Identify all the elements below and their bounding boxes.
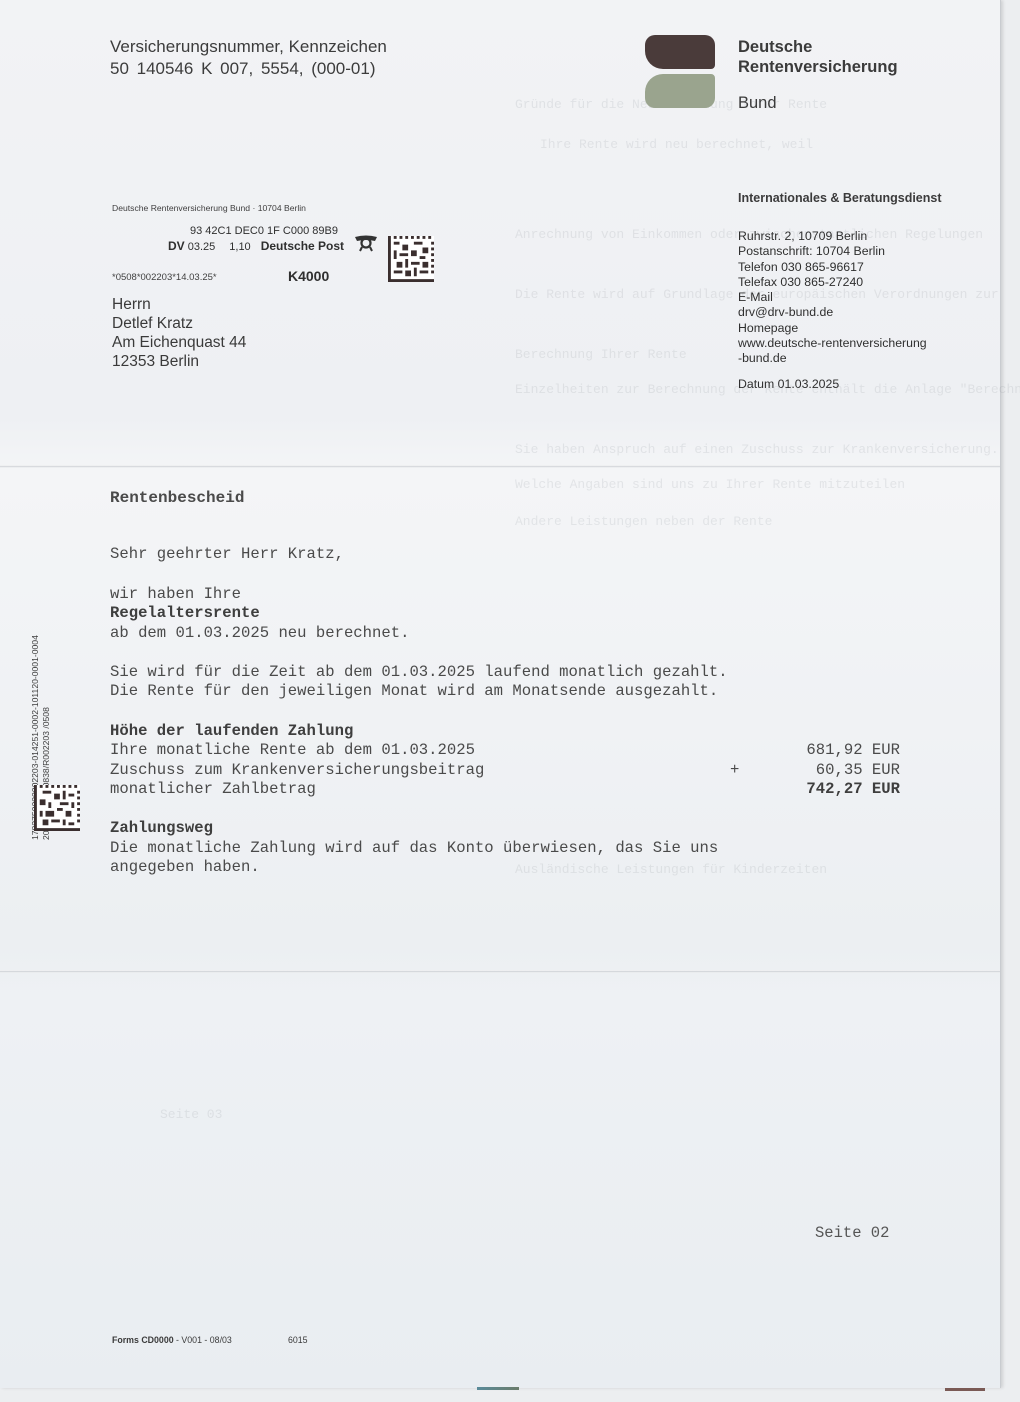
form-code: 6015 (288, 1335, 308, 1345)
recipient-salutation: Herrn (112, 295, 246, 314)
payment-method-text: angegeben haben. (110, 858, 910, 877)
homepage-label: Homepage (738, 321, 927, 336)
franking-line: DV 03.251,10Deutsche Post (168, 239, 344, 253)
greeting: Sehr geehrter Herr Kratz, (110, 545, 910, 564)
sender-line: Deutsche Rentenversicherung Bund · 10704… (112, 203, 306, 213)
paper-fold (0, 970, 1000, 973)
paper-fold (0, 465, 1000, 468)
show-through-text: Seite 03 (160, 1105, 222, 1124)
payment-label: monatlicher Zahlbetrag (110, 780, 730, 799)
datamatrix-code-icon (34, 785, 80, 831)
organization-name: Deutsche Rentenversicherung (738, 37, 898, 77)
payment-total: 742,27 EUR (750, 780, 900, 799)
payment-label: Zuschuss zum Krankenversicherungsbeitrag (110, 761, 730, 780)
payment-label: Ihre monatliche Rente ab dem 01.03.2025 (110, 741, 730, 760)
postal-address: Postanschrift: 10704 Berlin (738, 244, 927, 259)
letter-body: Rentenbescheid Sehr geehrter Herr Kratz,… (110, 489, 910, 878)
print-mark (945, 1388, 985, 1391)
fax: Telefax 030 865-27240 (738, 275, 927, 290)
form-identifier: Forms CD0000 - V001 - 08/03 (112, 1335, 232, 1345)
recipient-address: Herrn Detlef Kratz Am Eichenquast 44 123… (112, 295, 246, 371)
payment-amount-heading: Höhe der laufenden Zahlung (110, 722, 910, 741)
page-number: Seite 02 (815, 1224, 889, 1242)
homepage-link[interactable]: www.deutsche-rentenversicherung -bund.de (738, 336, 927, 367)
payment-method-text: Die monatliche Zahlung wird auf das Kont… (110, 839, 910, 858)
insurance-number: 50 140546 K 007, 5554, (000-01) (110, 58, 375, 79)
email-link[interactable]: drv@drv-bund.de (738, 305, 927, 320)
payment-method-heading: Zahlungsweg (110, 819, 910, 838)
drv-logo-icon (645, 35, 717, 109)
payment-amount: 681,92 EUR (750, 741, 900, 760)
payment-row: Zuschuss zum Krankenversicherungsbeitrag… (110, 761, 910, 780)
payment-total-row: monatlicher Zahlbetrag 742,27 EUR (110, 780, 910, 799)
organization-branch: Bund (738, 94, 777, 113)
payment-row: Ihre monatliche Rente ab dem 01.03.2025 … (110, 741, 910, 760)
franking-code: 93 42C1 DEC0 1F C000 89B9 (190, 225, 338, 237)
route-code: K4000 (288, 268, 329, 284)
intro-end: ab dem 01.03.2025 neu berechnet. (110, 624, 910, 643)
show-through-text: Ihre Rente wird neu berechnet, weil (540, 135, 813, 154)
plus-sign: + (730, 761, 750, 780)
pension-type: Regelaltersrente (110, 604, 910, 623)
recipient-street: Am Eichenquast 44 (112, 333, 246, 352)
recipient-city: 12353 Berlin (112, 352, 246, 371)
insurance-number-label: Versicherungsnummer, Kennzeichen (110, 36, 387, 57)
letter-date: Datum 01.03.2025 (738, 377, 839, 391)
show-through-text: Berechnung Ihrer Rente (515, 345, 687, 364)
contact-block: Ruhrstr. 2, 10709 Berlin Postanschrift: … (738, 229, 927, 367)
email-label: E-Mail (738, 290, 927, 305)
datamatrix-code-icon (388, 236, 434, 282)
tracking-code: *0508*002203*14.03.25* (112, 272, 217, 283)
address: Ruhrstr. 2, 10709 Berlin (738, 229, 927, 244)
posthorn-icon (353, 234, 379, 252)
phone: Telefon 030 865-96617 (738, 260, 927, 275)
letter-title: Rentenbescheid (110, 489, 910, 508)
intro-text: wir haben Ihre (110, 585, 910, 604)
payment-schedule-text: Die Rente für den jeweiligen Monat wird … (110, 682, 910, 701)
print-mark (477, 1387, 519, 1390)
show-through-text: Sie haben Anspruch auf einen Zuschuss zu… (515, 440, 999, 459)
payment-amount: 60,35 EUR (750, 761, 900, 780)
payment-schedule-text: Sie wird für die Zeit ab dem 01.03.2025 … (110, 663, 910, 682)
letter-page: Gründe für die Neuberechnung Ihrer Rente… (0, 0, 1001, 1388)
recipient-name: Detlef Kratz (112, 314, 246, 333)
department-name: Internationales & Beratungsdienst (738, 191, 942, 205)
